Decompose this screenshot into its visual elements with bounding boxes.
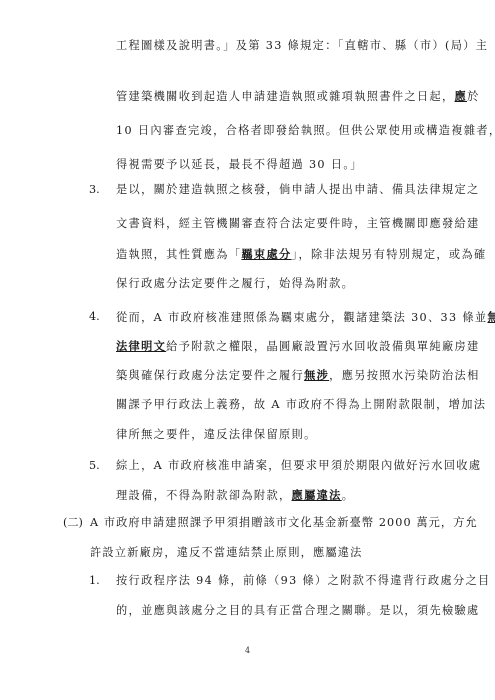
list-number: 4.	[89, 309, 100, 325]
section-heading-line: A 市政府申請建照課予甲須捐贈該市文化基金新臺幣 2000 萬元，方允	[90, 515, 478, 531]
text-line: 從而，A 市政府核准建照係為羈束處分，觀諸建築法 30、33 條並無	[116, 309, 495, 326]
text-line: 文書資料，經主管機關審查符合法定要件時，主管機關即應發給建	[116, 216, 480, 232]
text-segment: 管建築機關收到起造人申請建造執照或雜項執照書件之日起，	[116, 90, 455, 103]
text-line: 法律明文給予附款之權限，晶圓廠設置污水回收設備與單純廠房建	[116, 338, 480, 355]
text-line: 保行政處分法定要件之履行，始得為附款。	[116, 276, 354, 292]
list-number: 3.	[89, 182, 100, 198]
text-line: 造執照，其性質應為「羈束處分」，除非法規另有特別規定，或為確	[116, 246, 487, 263]
emphasis-text: 無	[487, 310, 495, 324]
emphasis-text: 應屬違法	[292, 488, 342, 502]
text-line: 築與確保行政處分法定要件之履行無涉，應另按照水污染防治法相	[116, 367, 480, 384]
text-segment: 。	[342, 489, 355, 502]
text-segment: 於	[467, 90, 480, 103]
text-line: 律所無之要件，違反法律保留原則。	[116, 427, 317, 443]
text-line: 關課予甲行政法上義務，故 A 市政府不得為上開附款限制，增加法	[116, 397, 486, 413]
text-segment: 築與確保行政處分法定要件之履行	[116, 369, 304, 382]
text-line: 得視需要予以延長，最長不得超過 30 日。」	[116, 157, 363, 173]
section-number: (二)	[63, 515, 83, 531]
text-line: 是以，關於建造執照之核發，倘申請人提出申請、備具法律規定之	[116, 182, 480, 198]
list-number: 1.	[89, 573, 100, 589]
text-segment: 」，除非法規另有特別規定，或為確	[292, 248, 487, 261]
text-line: 管建築機關收到起造人申請建造執照或雜項執照書件之日起，應於	[116, 88, 480, 105]
list-number: 5.	[89, 458, 100, 474]
text-line: 按行政程序法 94 條，前條（93 條）之附款不得違背行政處分之目	[116, 573, 491, 589]
text-line: 的，並應與該處分之目的具有正當合理之關聯。是以，須先檢驗處	[116, 603, 480, 619]
document-page: 工程圖樣及說明書。」及第 33 條規定：「直轄市、縣（市）(局）主 管建築機關收…	[0, 0, 495, 700]
text-line: 工程圖樣及說明書。」及第 33 條規定：「直轄市、縣（市）(局）主	[116, 38, 488, 54]
text-segment: 理設備，不得為附款卻為附款，	[116, 489, 292, 502]
text-segment: 給予附款之權限，晶圓廠設置污水回收設備與單純廠房建	[166, 340, 479, 353]
text-line: 綜上，A 市政府核准申請案，但要求甲須於期限內做好污水回收處	[116, 458, 481, 474]
emphasis-text: 無涉	[304, 368, 329, 382]
text-segment: 從而，A 市政府核准建照係為羈束處分，觀諸建築法 30、33 條並	[116, 311, 487, 324]
emphasis-text: 應	[455, 89, 468, 103]
section-heading-line: 許設立新廠房，違反不當連結禁止原則，應屬違法	[90, 545, 363, 561]
text-segment: 造執照，其性質應為「	[116, 248, 241, 261]
emphasis-text: 法律明文	[116, 339, 166, 353]
emphasis-text: 羈束處分	[241, 247, 291, 261]
text-segment: ，應另按照水污染防治法相	[329, 369, 479, 382]
text-line: 10 日內審查完竣，合格者即發給執照。但供公眾使用或構造複雜者，	[116, 123, 495, 139]
text-line: 理設備，不得為附款卻為附款，應屬違法。	[116, 487, 354, 504]
page-number: 4	[0, 646, 495, 655]
